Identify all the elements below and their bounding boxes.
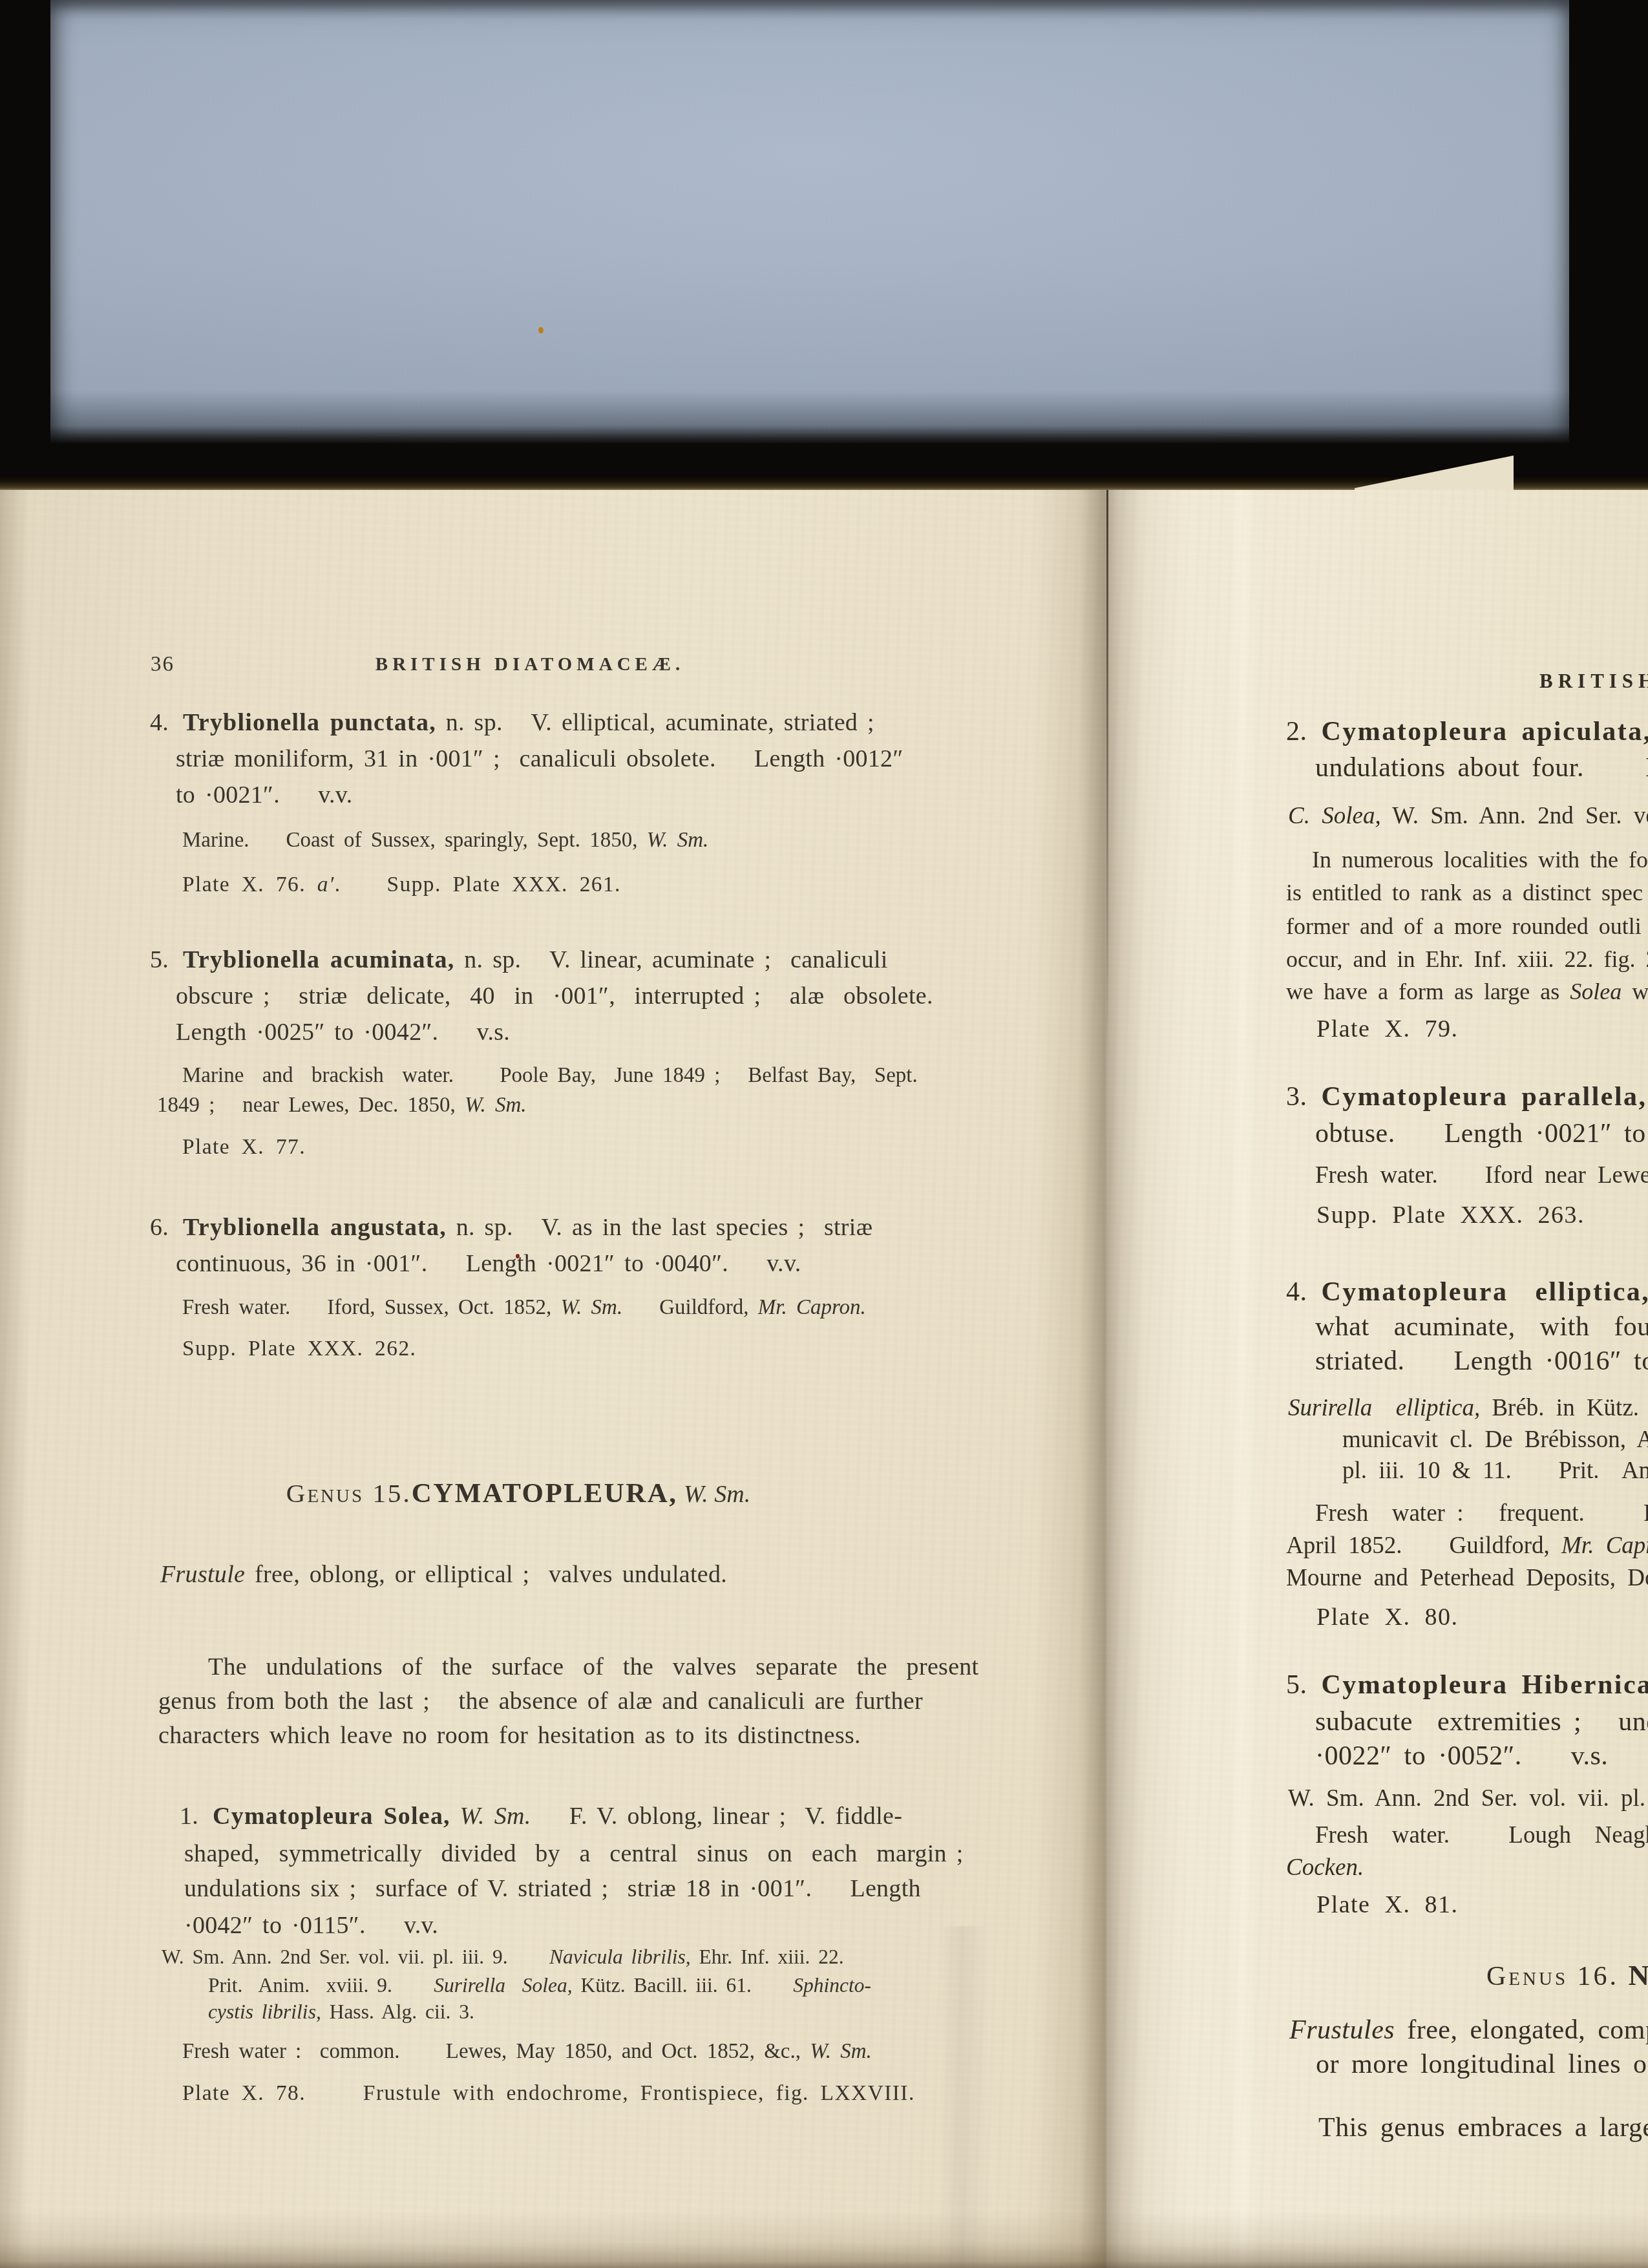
genus15-name: CYMATOPLEURA,: [412, 1478, 678, 1509]
entry4r-ref-line3: pl. iii. 10 & 11. Prit. Anim. x: [1342, 1457, 1648, 1485]
entry1-ref-line2: Prit. Anim. xviii. 9. Surirella Solea, K…: [208, 1974, 871, 1997]
entry4r-ref1-text: Bréb. in Kütz. S: [1480, 1395, 1648, 1421]
entry4-line1-text: n. sp. V. elliptical, acuminate, striate…: [436, 709, 874, 736]
genus16-desc-term: Frustules: [1289, 2015, 1395, 2045]
entry4-plate-fig: a′: [317, 873, 335, 896]
entry6-species-name: Tryblionella angustata,: [183, 1214, 447, 1241]
entry4-line1: 4.Tryblionella punctata, n. sp. V. ellip…: [150, 708, 874, 737]
entry4-plate-b: . Supp. Plate XXX. 261.: [335, 873, 621, 896]
entry5-plate: Plate X. 77.: [182, 1135, 306, 1160]
entry6-habitat: Fresh water. Iford, Sussex, Oct. 1852, W…: [182, 1296, 866, 1320]
intro-line1: The undulations of the surface of the va…: [208, 1653, 978, 1681]
entry2-para5-species: Solea: [1570, 979, 1622, 1004]
entry1-species-name: Cymatopleura Solea,: [213, 1803, 450, 1830]
entry2-para5-a: we have a form as large as: [1286, 979, 1570, 1004]
left-page: 36 BRITISH DIATOMACEÆ. 4.Tryblionella pu…: [0, 490, 1106, 2268]
genus15-author: W. Sm.: [678, 1481, 751, 1508]
entry1-line1: 1.Cymatopleura Solea, W. Sm. F. V. oblon…: [180, 1802, 902, 1830]
entry6-line1-text: n. sp. V. as in the last species ; striæ: [447, 1214, 872, 1241]
genus16-desc-text: free, elongated, compre: [1395, 2015, 1648, 2045]
entry5-species-name: Tryblionella acuminata,: [183, 946, 454, 973]
genus15-heading: Genus 15.CYMATOPLEURA, W. Sm.: [150, 1478, 887, 1509]
entry2-para-line5: we have a form as large as Solea with: [1286, 978, 1648, 1005]
entry5-line3: Length ·0025″ to ·0042″. v.s.: [176, 1018, 510, 1046]
entry1-ref-line3: cystis librilis, Hass. Alg. cii. 3.: [208, 2000, 474, 2024]
running-header-left: BRITISH DIATOMACEÆ.: [284, 654, 776, 675]
entry1-ref2-syn2: Sphincto-: [793, 1974, 871, 1997]
genus15-desc-term: Frustule: [160, 1561, 245, 1588]
entry2-line1: 2.Cymatopleura apiculata, n: [1286, 716, 1648, 747]
entry5-line2: obscure ; striæ delicate, 40 in ·001″, i…: [176, 982, 933, 1010]
entry1-ref3-syn: cystis librilis,: [208, 2000, 321, 2023]
entry4-line3: to ·0021″. v.v.: [176, 781, 353, 809]
entry4r-note2-attrib: Mr. Capron: [1561, 1532, 1648, 1559]
entry4-line2: striæ moniliform, 31 in ·001″ ; canalicu…: [176, 745, 903, 773]
entry5-line1: 5.Tryblionella acuminata, n. sp. V. line…: [150, 946, 888, 974]
intro-line2: genus from both the last ; the absence o…: [158, 1687, 923, 1715]
entry4r-ref-line1: Surirella elliptica, Bréb. in Kütz. S: [1288, 1394, 1648, 1422]
book-scan-scene: 36 BRITISH DIATOMACEÆ. 4.Tryblionella pu…: [0, 0, 1648, 2268]
entry3-plate: Supp. Plate XXX. 263.: [1316, 1201, 1585, 1229]
genus16-para: This genus embraces a large: [1318, 2112, 1648, 2143]
entry3-line1: 3.Cymatopleura parallela, n.: [1286, 1081, 1648, 1112]
entry5r-plate: Plate X. 81.: [1316, 1891, 1458, 1919]
entry1-line2: shaped, symmetrically divided by a centr…: [184, 1839, 964, 1868]
entry4-plate: Plate X. 76. a′. Supp. Plate XXX. 261.: [182, 873, 621, 897]
entry2-para-line4: occur, and in Ehr. Inf. xiii. 22. fig. 2: [1286, 946, 1648, 973]
entry1-ref1-a: W. Sm. Ann. 2nd Ser. vol. vii. pl. iii. …: [162, 1945, 549, 1968]
entry2-ref-syn: C. Solea,: [1288, 803, 1381, 829]
entry4r-line3: striated. Length ·0016″ to ·00: [1315, 1346, 1648, 1377]
entry6-plate: Supp. Plate XXX. 262.: [182, 1337, 416, 1361]
entry1-ref2-a: Prit. Anim. xviii. 9.: [208, 1974, 434, 1997]
page-corner: [1355, 452, 1514, 491]
entry4-habitat-text: Marine. Coast of Sussex, sparingly, Sept…: [182, 829, 647, 852]
entry2-ref-text: W. Sm. Ann. 2nd Ser. vol.: [1381, 803, 1648, 829]
entry6-line2: continuous, 36 in ·001″. Length ·0021″ t…: [176, 1249, 801, 1278]
gutter-crease: [1106, 490, 1108, 1059]
entry1-habitat-text: Fresh water : common. Lewes, May 1850, a…: [182, 2040, 810, 2063]
page-smudge: [938, 1926, 990, 2268]
entry4r-note2-a: April 1852. Guildford,: [1286, 1532, 1561, 1559]
entry5r-line1: 5.Cymatopleura Hibernica, W: [1286, 1669, 1648, 1701]
scanner-lid-panel: [50, 0, 1569, 443]
intro-line3: characters which leave no room for hesit…: [158, 1721, 861, 1750]
entry4r-note-line2: April 1852. Guildford, Mr. Capron: [1286, 1532, 1648, 1560]
entry5-number: 5.: [150, 946, 169, 974]
entry2-ref: C. Solea, W. Sm. Ann. 2nd Ser. vol.: [1288, 802, 1648, 830]
entry1-line4: ·0042″ to ·0115″. v.v.: [184, 1911, 438, 1940]
entry1-ref3-b: Hass. Alg. cii. 3.: [321, 2000, 474, 2023]
entry2-para-line1: In numerous localities with the fo: [1312, 846, 1648, 873]
entry4-number: 4.: [150, 708, 169, 737]
genus16-heading: Genus 16. NI: [1486, 1958, 1648, 1992]
entry4-habitat-attrib: W. Sm.: [647, 829, 709, 852]
entry1-line1-text: F. V. oblong, linear ; V. fiddle-: [531, 1803, 903, 1830]
genus16-label: Genus 16.: [1486, 1962, 1629, 1991]
entry5r-species-name: Cymatopleura Hibernica,: [1322, 1670, 1648, 1700]
genus15-desc-text: free, oblong, or elliptical ; valves und…: [245, 1561, 727, 1588]
entry6-number: 6.: [150, 1213, 169, 1242]
entry3-species-name: Cymatopleura parallela,: [1322, 1082, 1647, 1112]
right-page: BRITISH D 2.Cymatopleura apiculata, n un…: [1106, 490, 1648, 2268]
entry4r-note-line1: Fresh water : frequent. River B: [1315, 1500, 1648, 1527]
genus16-description-line1: Frustules free, elongated, compre: [1289, 2015, 1648, 2046]
entry4r-number: 4.: [1286, 1277, 1307, 1308]
entry2-para-line2: is entitled to rank as a distinct spec: [1286, 879, 1643, 906]
entry2-para-line3: former and of a more rounded outli: [1286, 913, 1642, 940]
entry5-line1-text: n. sp. V. linear, acuminate ; canaliculi: [454, 946, 887, 973]
ink-speck: [516, 1254, 520, 1258]
entry1-plate: Plate X. 78. Frustule with endochrome, F…: [182, 2081, 915, 2106]
entry4r-line1: 4.Cymatopleura elliptica, W: [1286, 1277, 1648, 1308]
entry6-habitat-b: Guildford,: [622, 1296, 758, 1319]
entry2-para5-b: with: [1622, 979, 1648, 1004]
entry4r-plate: Plate X. 80.: [1316, 1603, 1458, 1631]
entry4-plate-a: Plate X. 76.: [182, 873, 317, 896]
entry5r-number: 5.: [1286, 1669, 1307, 1701]
entry1-ref1-syn: Navicula librilis,: [549, 1945, 691, 1968]
entry2-plate: Plate X. 79.: [1316, 1015, 1458, 1043]
entry1-author: W. Sm.: [450, 1803, 531, 1830]
entry5r-note-line1: Fresh water. Lough Neagh, Co: [1315, 1821, 1648, 1849]
entry2-number: 2.: [1286, 716, 1307, 747]
entry6-habitat-attrib1: W. Sm.: [561, 1296, 623, 1319]
entry3-number: 3.: [1286, 1081, 1307, 1112]
entry4-species-name: Tryblionella punctata,: [183, 709, 436, 736]
entry2-species-name: Cymatopleura apiculata,: [1322, 717, 1648, 747]
entry5r-line2: subacute extremities ; undulat: [1315, 1706, 1648, 1737]
entry1-habitat: Fresh water : common. Lewes, May 1850, a…: [182, 2040, 872, 2064]
entry4-habitat: Marine. Coast of Sussex, sparingly, Sept…: [182, 829, 708, 853]
entry6-habitat-a: Fresh water. Iford, Sussex, Oct. 1852,: [182, 1296, 561, 1319]
entry1-line3: undulations six ; surface of V. striated…: [184, 1874, 921, 1903]
entry4r-note-line3: Mourne and Peterhead Deposits, Dol: [1286, 1564, 1648, 1592]
entry1-ref2-b: Kütz. Bacill. iii. 61.: [573, 1974, 794, 1997]
entry2-line2: undulations about four. Leng: [1315, 752, 1648, 783]
entry1-number: 1.: [180, 1802, 198, 1830]
entry5r-note-line2: Cocken.: [1286, 1854, 1364, 1881]
entry3-habitat: Fresh water. Iford near Lewes, O: [1315, 1161, 1648, 1189]
entry5-habitat-line2: 1849 ; near Lewes, Dec. 1850, W. Sm.: [157, 1094, 527, 1118]
entry5-habitat-line1: Marine and brackish water. Poole Bay, Ju…: [182, 1064, 918, 1088]
page-number: 36: [151, 653, 174, 677]
entry1-ref-line1: W. Sm. Ann. 2nd Ser. vol. vii. pl. iii. …: [162, 1945, 844, 1969]
entry1-ref1-b: Ehr. Inf. xiii. 22.: [691, 1945, 844, 1968]
entry4r-ref-line2: municavit cl. De Brébisson, Aug: [1342, 1426, 1648, 1454]
genus15-label: Genus 15.: [286, 1478, 412, 1508]
entry5r-ref: W. Sm. Ann. 2nd Ser. vol. vii. pl. ii: [1288, 1785, 1648, 1812]
running-header-right: BRITISH D: [1539, 670, 1648, 693]
entry5-habitat-text: 1849 ; near Lewes, Dec. 1850,: [157, 1094, 465, 1117]
entry5-habitat-attrib: W. Sm.: [465, 1094, 527, 1117]
genus15-description: Frustule free, oblong, or elliptical ; v…: [160, 1560, 727, 1589]
entry6-line1: 6.Tryblionella angustata, n. sp. V. as i…: [150, 1213, 872, 1242]
entry6-habitat-attrib2: Mr. Capron.: [758, 1296, 866, 1319]
entry4r-line2: what acuminate, with four or: [1315, 1311, 1648, 1342]
entry4r-ref1-syn: Surirella elliptica,: [1288, 1395, 1480, 1421]
dust-speck: [538, 327, 544, 334]
entry3-line2: obtuse. Length ·0021″ to ·004: [1315, 1118, 1648, 1149]
entry1-ref2-syn1: Surirella Solea,: [434, 1974, 572, 1997]
entry1-habitat-attrib: W. Sm.: [810, 2040, 872, 2063]
entry4r-species-name: Cymatopleura elliptica,: [1322, 1277, 1648, 1307]
entry5r-line3: ·0022″ to ·0052″. v.s.: [1315, 1741, 1608, 1772]
genus16-description-line2: or more longitudinal lines of p: [1316, 2049, 1648, 2080]
genus16-name: NI: [1629, 1959, 1648, 1991]
